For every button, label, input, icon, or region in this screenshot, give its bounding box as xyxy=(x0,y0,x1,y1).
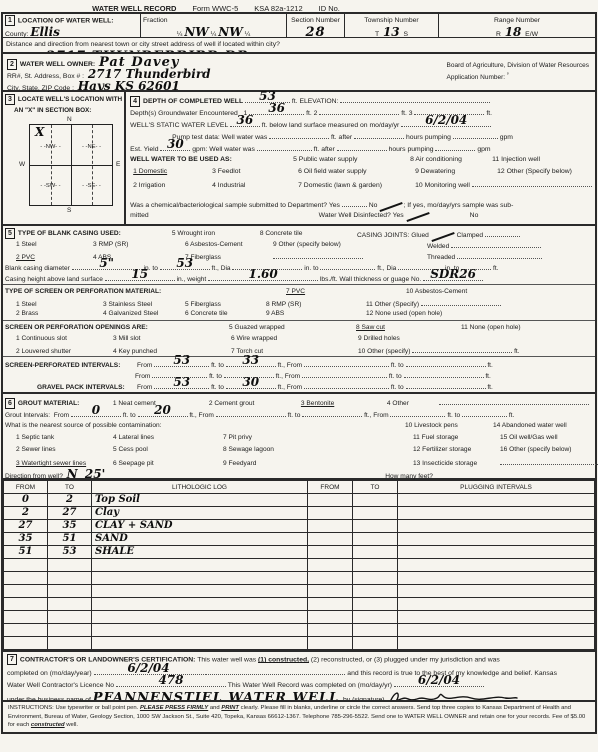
sp2-from-label: From xyxy=(135,373,150,380)
static-level-label: WELL'S STATIC WATER LEVEL xyxy=(130,122,228,129)
col-from-2: FROM xyxy=(308,481,353,494)
sample-continued: mitted xyxy=(130,212,149,219)
openings-opt-11: 11 None (open hole) xyxy=(461,324,521,331)
in-weight-label: in., weight xyxy=(177,276,207,283)
casing-height-label: Casing height above land surface xyxy=(5,276,103,283)
completed-on-label: completed on (mo/day/year) xyxy=(7,670,92,677)
weight-field: 1.60 xyxy=(208,272,318,281)
openings-opt-9: 9 Drilled holes xyxy=(358,335,400,342)
sp2-ft-from: ft., From xyxy=(276,373,301,380)
yield-gpm-unit: gpm xyxy=(477,146,490,153)
section-5-casing: CASING JOINTS: Glued Clamped Welded Thre… xyxy=(1,224,597,394)
sp-to2-field xyxy=(406,358,486,367)
log-to: 35 xyxy=(63,520,77,531)
sp-from-field: 53 xyxy=(154,358,209,367)
static-level-field: 36 xyxy=(230,118,260,127)
county-value: Ellis xyxy=(30,25,60,39)
fraction-label: Fraction xyxy=(143,17,168,24)
screen-other-field xyxy=(421,297,501,306)
openings-opt-8-selected: 8 Saw cut xyxy=(356,322,461,333)
press-firmly-underlined: PLEASE PRESS FIRMLY xyxy=(140,705,208,711)
gi-ft-from-2: ft., From xyxy=(364,412,389,419)
pump-gpm-field xyxy=(453,130,498,139)
col-to: TO xyxy=(48,481,92,494)
section-6-grout: 6GROUT MATERIAL:1 Neat cement2 Cement gr… xyxy=(1,392,597,480)
contam-opt-5: 5 Cess pool xyxy=(113,444,223,456)
log-row xyxy=(4,611,595,624)
licence-value: 478 xyxy=(158,674,183,686)
contam-opt-15: 15 Oil well/Gas well xyxy=(500,434,558,441)
log-to: 2 xyxy=(66,494,73,505)
diameter-ft-dia: ft., Dia xyxy=(212,265,231,272)
openings-opt-4: 4 Key punched xyxy=(113,346,231,357)
gp-to-value: 30 xyxy=(242,376,259,388)
section-3-title-1: LOCATE WELL'S LOCATION WITH xyxy=(18,96,122,103)
how-many-feet-label: How many feet? xyxy=(385,473,433,480)
use-opt-5: 5 Public water supply xyxy=(293,154,410,166)
constructed-underlined: constructed xyxy=(31,722,65,728)
use-label: WELL WATER TO BE USED AS: xyxy=(130,154,293,166)
sp2-to2-field xyxy=(404,369,484,378)
contam-opt-2: 2 Sewer lines xyxy=(16,444,113,456)
gp-ft-end: ft. xyxy=(487,384,493,391)
elevation-field xyxy=(340,94,490,103)
sample-no-label: No xyxy=(369,202,378,209)
quadrant-sw-label: - -SW- - xyxy=(30,183,71,189)
range-r: R xyxy=(496,31,501,38)
gp-from-value: 53 xyxy=(173,376,190,388)
log-lith: SHALE xyxy=(95,546,134,557)
gw-ft: ft. xyxy=(486,110,492,117)
gi-to3-field xyxy=(462,408,507,417)
section-5-number: 5 xyxy=(5,228,15,239)
record-completed-label: This Water Well Record was completed on … xyxy=(228,682,392,689)
contamination-label: What is the nearest source of possible c… xyxy=(5,420,405,432)
cert-text-1: This water well was xyxy=(197,656,256,663)
sp-to-field: 33 xyxy=(226,358,276,367)
compass-s: S xyxy=(67,207,71,214)
casing-opt-6: 6 Asbestos-Cement xyxy=(185,239,273,250)
instructions-block: INSTRUCTIONS: Use typewriter or ball poi… xyxy=(1,700,597,734)
section-7-number: 7 xyxy=(7,654,17,665)
sp-ft-end: ft. xyxy=(487,362,493,369)
pump-www: Well water was xyxy=(222,134,268,141)
log-to: 51 xyxy=(63,533,77,544)
use-opt-11: 11 Injection well xyxy=(492,154,540,166)
pump-ft-after: ft. after xyxy=(331,134,352,141)
owner-address-label: RR#, St. Address, Box # : xyxy=(7,73,84,80)
gi-from-label: From xyxy=(54,412,69,419)
yield-value: 30 xyxy=(167,138,184,150)
use-opt-9: 9 Dewatering xyxy=(415,166,497,178)
col-plugging-intervals: PLUGGING INTERVALS xyxy=(398,481,595,494)
openings-opt-2: 2 Louvered shutter xyxy=(16,346,113,357)
disinfected-question: Water Well Disinfected? Yes xyxy=(319,212,404,219)
diameter-value: 5" xyxy=(99,257,114,269)
casing-other-field xyxy=(273,250,363,259)
sp2-ft-to: ft. to xyxy=(209,373,222,380)
gw-depth-1-field: 36 xyxy=(249,106,304,115)
weight-value: 1.60 xyxy=(248,268,277,280)
use-opt-4: 4 Industrial xyxy=(212,180,298,192)
range-cell: Range Number R 18 E/W xyxy=(439,14,595,37)
openings-opt-3: 3 Mill slot xyxy=(113,333,231,344)
monitoring-well-field xyxy=(472,178,592,187)
grout-intervals-label: Grout Intervals: xyxy=(5,412,50,419)
casing-height-value: 15 xyxy=(131,268,148,280)
col-to-2: TO xyxy=(353,481,398,494)
gp-from-label: From xyxy=(137,384,152,391)
yield-gpm-field xyxy=(435,142,475,151)
use-opt-12: 12 Other (Specify below) xyxy=(497,166,572,178)
sp2-ft-end: ft. xyxy=(485,373,491,380)
diameter-label: Blank casing diameter xyxy=(5,265,70,272)
quadrant-nw-label: - -NW- - xyxy=(30,144,71,150)
section-number-cell: Section Number 28 xyxy=(287,14,345,37)
completed-date-field: 6/2/04 xyxy=(94,666,204,675)
record-date-field: 6/2/04 xyxy=(394,678,484,687)
log-from: 35 xyxy=(19,533,33,544)
screen-material-title: TYPE OF SCREEN OR PERFORATION MATERIAL: xyxy=(5,286,286,297)
openings-other-field xyxy=(412,344,512,353)
contam-opt-12: 12 Fertilizer storage xyxy=(413,444,500,456)
county-label: County: xyxy=(5,31,28,38)
log-row: 227Clay xyxy=(4,507,595,520)
dia2-ft-dia: ft., Dia xyxy=(377,265,396,272)
casing-opt-9: 9 Other (specify below) xyxy=(273,239,341,250)
yield-gpm: gpm: xyxy=(192,146,207,153)
log-from: 0 xyxy=(22,494,29,505)
cert-text-1-post: (2) reconstructed, or (3) plugged under … xyxy=(311,656,500,663)
sample-yes-field xyxy=(342,198,367,207)
log-row xyxy=(4,559,595,572)
section-1-title: LOCATION OF WATER WELL: xyxy=(18,17,114,24)
screen-opt-4: 4 Galvanized Steel xyxy=(103,308,185,319)
yield-label: Est. Yield xyxy=(130,146,158,153)
gi-ft-from: ft., From xyxy=(189,412,214,419)
range-value: 18 xyxy=(505,25,522,39)
depth-label: DEPTH OF COMPLETED WELL xyxy=(143,98,243,105)
use-opt-2: 2 Irrigation xyxy=(133,180,212,192)
disinfected-no-label: No xyxy=(470,212,479,219)
gw-depth-1-value: 36 xyxy=(268,102,285,114)
licence-label: Water Well Contractor's Licence No xyxy=(7,682,114,689)
township-label: Township Number xyxy=(364,17,418,24)
use-opt-10: 10 Monitoring well xyxy=(415,182,470,189)
log-lith: CLAY + SAND xyxy=(95,520,173,531)
log-row: 3551SAND xyxy=(4,533,595,546)
col-from: FROM xyxy=(4,481,48,494)
gi-from-value: 0 xyxy=(92,404,100,416)
log-to: 27 xyxy=(63,507,77,518)
use-opt-3: 3 Feedlot xyxy=(212,166,298,178)
contam-opt-7: 7 Pit privy xyxy=(223,432,413,444)
licence-field: 478 xyxy=(116,678,226,687)
contam-opt-1: 1 Septic tank xyxy=(16,432,113,444)
yield-hours-field xyxy=(337,142,387,151)
divider xyxy=(3,284,595,285)
sp-ft-to: ft. to xyxy=(211,362,224,369)
quarter-mark-3: ¼ xyxy=(245,31,251,38)
sp-ft-from: ft., From xyxy=(278,362,303,369)
pump-level-field xyxy=(269,130,329,139)
gp-from-field: 53 xyxy=(154,380,209,389)
gp-to-field: 30 xyxy=(226,380,276,389)
screen-opt-10: 10 Asbestos-Cement xyxy=(406,286,467,297)
lithologic-log-table-wrap: FROM TO LITHOLOGIC LOG FROM TO PLUGGING … xyxy=(1,478,597,652)
gi-ft-to-2: ft. to xyxy=(288,412,301,419)
gw-ft2: ft. 2 xyxy=(306,110,317,117)
gi-from3-field xyxy=(390,408,445,417)
section-3-title-2: AN "X" IN SECTION BOX: xyxy=(14,107,91,114)
range-ew: E/W xyxy=(525,31,538,38)
sp-from2-field xyxy=(304,358,389,367)
yield-hours-label: hours pumping xyxy=(389,146,434,153)
quadrant-ne-label: - -NE- - xyxy=(71,144,112,150)
log-to: 53 xyxy=(63,546,77,557)
log-row: 2735CLAY + SAND xyxy=(4,520,595,533)
print-underlined: PRINT xyxy=(221,705,239,711)
blank-leader xyxy=(205,666,345,675)
yield-level-field xyxy=(257,142,312,151)
log-from: 27 xyxy=(19,520,33,531)
gp-to2-field xyxy=(406,380,486,389)
fraction-cell: Fraction ¼ NW ¼ NW ¼ xyxy=(141,14,287,37)
record-date-value: 6/2/04 xyxy=(418,674,460,686)
openings-opt-5: 5 Guazed wrapped xyxy=(229,322,356,333)
section-3-section-box: 3LOCATE WELL'S LOCATION WITH AN "X" IN S… xyxy=(3,92,126,224)
gi-ft-end: ft. xyxy=(509,412,515,419)
static-date-field: 6/2/04 xyxy=(401,118,491,127)
gi-from-field: 0 xyxy=(71,408,121,417)
well-location-x-mark: X xyxy=(35,126,44,138)
dia2-to-field xyxy=(320,261,375,270)
owner-title: WATER WELL OWNER: xyxy=(20,61,95,68)
openings-opt-6: 6 Wire wrapped xyxy=(231,333,358,344)
distance-feet-value: 25' xyxy=(85,467,105,481)
screen-opt-9: 9 ABS xyxy=(266,308,366,319)
openings-other-ft: ft. xyxy=(514,348,520,355)
yield-www: Well water was xyxy=(209,146,255,153)
divider xyxy=(3,320,595,321)
gi-from2-field xyxy=(216,408,286,417)
instructions-text-2: and xyxy=(208,705,221,711)
log-lith: SAND xyxy=(95,533,128,544)
log-from: 51 xyxy=(19,546,33,557)
direction-label: Direction from well? xyxy=(5,473,63,480)
log-row: 5153SHALE xyxy=(4,546,595,559)
openings-opt-1: 1 Continuous slot xyxy=(16,333,113,344)
dia3-ft: ft. xyxy=(493,265,499,272)
center-horizontal-line xyxy=(30,165,112,166)
section-2-owner: 2WATER WELL OWNER: Pat Davey RR#, St. Ad… xyxy=(1,52,597,92)
log-lith: Top Soil xyxy=(95,494,140,505)
gauge-field: SDR26 xyxy=(423,272,483,281)
section-1-location: 1LOCATION OF WATER WELL: County: Ellis F… xyxy=(1,12,597,54)
section-3-number: 3 xyxy=(5,94,15,105)
board-label: Board of Agriculture, Division of Water … xyxy=(447,60,589,71)
agriculture-board-block: Board of Agriculture, Division of Water … xyxy=(447,60,589,83)
contam-opt-16: 16 Other (specify below) xyxy=(500,446,571,453)
groundwater-label: Depth(s) Groundwater Encountered xyxy=(130,110,238,117)
openings-title: SCREEN OR PERFORATION OPENINGS ARE: xyxy=(5,322,229,333)
gi-ft-to: ft. to xyxy=(123,412,136,419)
screen-opt-2: 2 Brass xyxy=(16,308,103,319)
section-4-depth: 4DEPTH OF COMPLETED WELL 53 ft. ELEVATIO… xyxy=(126,92,596,224)
log-row xyxy=(4,598,595,611)
pump-gpm: gpm xyxy=(500,134,513,141)
pen-mark: ’ xyxy=(507,71,509,81)
casing-opt-5: 5 Wrought iron xyxy=(172,228,260,239)
gi-to-field: 20 xyxy=(138,408,188,417)
yield-ft-after: ft. after xyxy=(314,146,335,153)
sp-ft-to-2: ft. to xyxy=(391,362,404,369)
sample-post: ; If yes, mo/day/yrs sample was sub- xyxy=(403,202,513,209)
section-3-4-row: 3LOCATE WELL'S LOCATION WITH AN "X" IN S… xyxy=(1,90,597,226)
gw-ft3: ft. 3 xyxy=(401,110,412,117)
diameter-to-value: 53 xyxy=(176,257,193,269)
static-mid-label: ft. below land surface measured on mo/da… xyxy=(262,122,400,129)
gp-ft-from: ft., From xyxy=(278,384,303,391)
contam-other-field xyxy=(500,456,598,465)
sample-question: Was a chemical/bacteriological sample su… xyxy=(130,202,340,209)
township-t: T xyxy=(375,31,379,38)
casing-opt-1: 1 Steel xyxy=(16,239,93,250)
openings-opt-10: 10 Other (specify) xyxy=(358,348,410,355)
compass-e: E xyxy=(116,161,120,168)
water-well-record-form: WATER WELL RECORD Form WWC-5 KSA 82a-121… xyxy=(0,0,598,752)
log-row xyxy=(4,637,595,650)
county-cell: 1LOCATION OF WATER WELL: County: Ellis xyxy=(3,14,141,37)
township-s: S xyxy=(403,31,408,38)
dia2-in-to: in. to xyxy=(304,265,318,272)
pump-hours-label: hours pumping xyxy=(406,134,451,141)
screen-opt-12: 12 None used (open hole) xyxy=(366,310,442,317)
section-quadrant-box: - -NW- - - -NE- - - -SW- - - -SE- - X xyxy=(29,124,113,206)
disinfected-yes-check-mark xyxy=(404,211,430,220)
yield-field: 30 xyxy=(160,142,190,151)
casing-height-field: 15 xyxy=(105,272,175,281)
lithologic-log-table: FROM TO LITHOLOGIC LOG FROM TO PLUGGING … xyxy=(3,480,595,650)
log-row: 02Top Soil xyxy=(4,494,595,507)
static-date-value: 6/2/04 xyxy=(425,114,467,126)
contam-opt-8: 8 Sewage lagoon xyxy=(223,444,413,456)
log-from: 2 xyxy=(22,507,29,518)
screen-opt-7-selected: 7 PVC xyxy=(286,286,406,297)
application-number-label: Application Number: xyxy=(447,74,506,81)
sp-from-value: 53 xyxy=(173,354,190,366)
fraction-value-1: NW xyxy=(184,25,208,39)
log-lith: Clay xyxy=(95,507,119,518)
location-row: 1LOCATION OF WATER WELL: County: Ellis F… xyxy=(3,14,595,38)
fraction-value-2: NW xyxy=(218,25,242,39)
col-lithologic-log: LITHOLOGIC LOG xyxy=(92,481,308,494)
contam-opt-14: 14 Abandoned water well xyxy=(493,422,567,429)
range-label: Range Number xyxy=(494,17,540,24)
gp-ft-to-2: ft. to xyxy=(391,384,404,391)
sp-to-value: 33 xyxy=(242,354,259,366)
sp2-from2-field xyxy=(302,369,387,378)
static-level-value: 36 xyxy=(237,114,254,126)
log-row xyxy=(4,572,595,585)
section-1-number: 1 xyxy=(5,15,15,26)
township-cell: Township Number T 13 S xyxy=(345,14,439,37)
contam-opt-11: 11 Fuel storage xyxy=(413,432,500,444)
gi-to-value: 20 xyxy=(154,404,171,416)
gi-ft-to-3: ft. to xyxy=(447,412,460,419)
casing-title: TYPE OF BLANK CASING USED: xyxy=(18,228,172,239)
pump-hours-field xyxy=(354,130,404,139)
elevation-label: ft. ELEVATION: xyxy=(292,98,339,105)
contam-opt-10: 10 Livestock pens xyxy=(405,420,493,432)
gp-from2-field xyxy=(304,380,389,389)
casing-opt-8: 8 Concrete tile xyxy=(260,228,303,239)
sample-no-check-mark xyxy=(377,201,403,210)
section-7-certification: 7CONTRACTOR'S OR LANDOWNER'S CERTIFICATI… xyxy=(1,650,597,702)
quadrant-se-label: - -SE- - xyxy=(71,183,112,189)
gi-to2-field xyxy=(302,408,362,417)
use-opt-1-selected: 1 Domestic xyxy=(133,166,212,178)
screen-opt-6: 6 Concrete tile xyxy=(185,308,266,319)
direction-value: N xyxy=(67,467,78,481)
sp2-ft-to-2: ft. to xyxy=(389,373,402,380)
grout-other-field xyxy=(439,396,589,405)
instructions-text-1: INSTRUCTIONS: Use typewriter or ball poi… xyxy=(8,705,140,711)
quarter-mark-2: ¼ xyxy=(211,31,217,38)
log-row xyxy=(4,624,595,637)
screen-opt-11: 11 Other (Specify) xyxy=(366,301,419,308)
distance-label: Distance and direction from nearest town… xyxy=(6,41,280,48)
sp-from-label: From xyxy=(137,362,152,369)
use-opt-8: 8 Air conditioning xyxy=(410,154,492,166)
gauge-value: SDR26 xyxy=(430,268,476,280)
gp-ft-to: ft. to xyxy=(211,384,224,391)
wall-thickness-label: lbs./ft. Wall thickness or guage No. xyxy=(320,276,421,283)
compass-n: N xyxy=(67,116,72,123)
quarter-mark-1: ¼ xyxy=(177,31,183,38)
casing-opt-3: 3 RMP (SR) xyxy=(93,239,185,250)
use-opt-7: 7 Domestic (lawn & garden) xyxy=(298,180,415,192)
section-number-label: Section Number xyxy=(291,17,340,24)
log-row xyxy=(4,585,595,598)
log-header-row: FROM TO LITHOLOGIC LOG FROM TO PLUGGING … xyxy=(4,481,595,494)
use-opt-6: 6 Oil field water supply xyxy=(298,166,415,178)
township-value: 13 xyxy=(383,25,400,39)
instructions-text-4: well. xyxy=(65,722,78,728)
gw-depth-2-field xyxy=(319,106,399,115)
diameter-to-field: 53 xyxy=(160,261,210,270)
cert-constructed-selected: (1) constructed, xyxy=(258,656,309,663)
contam-opt-4: 4 Lateral lines xyxy=(113,432,223,444)
compass-w: W xyxy=(19,161,25,168)
